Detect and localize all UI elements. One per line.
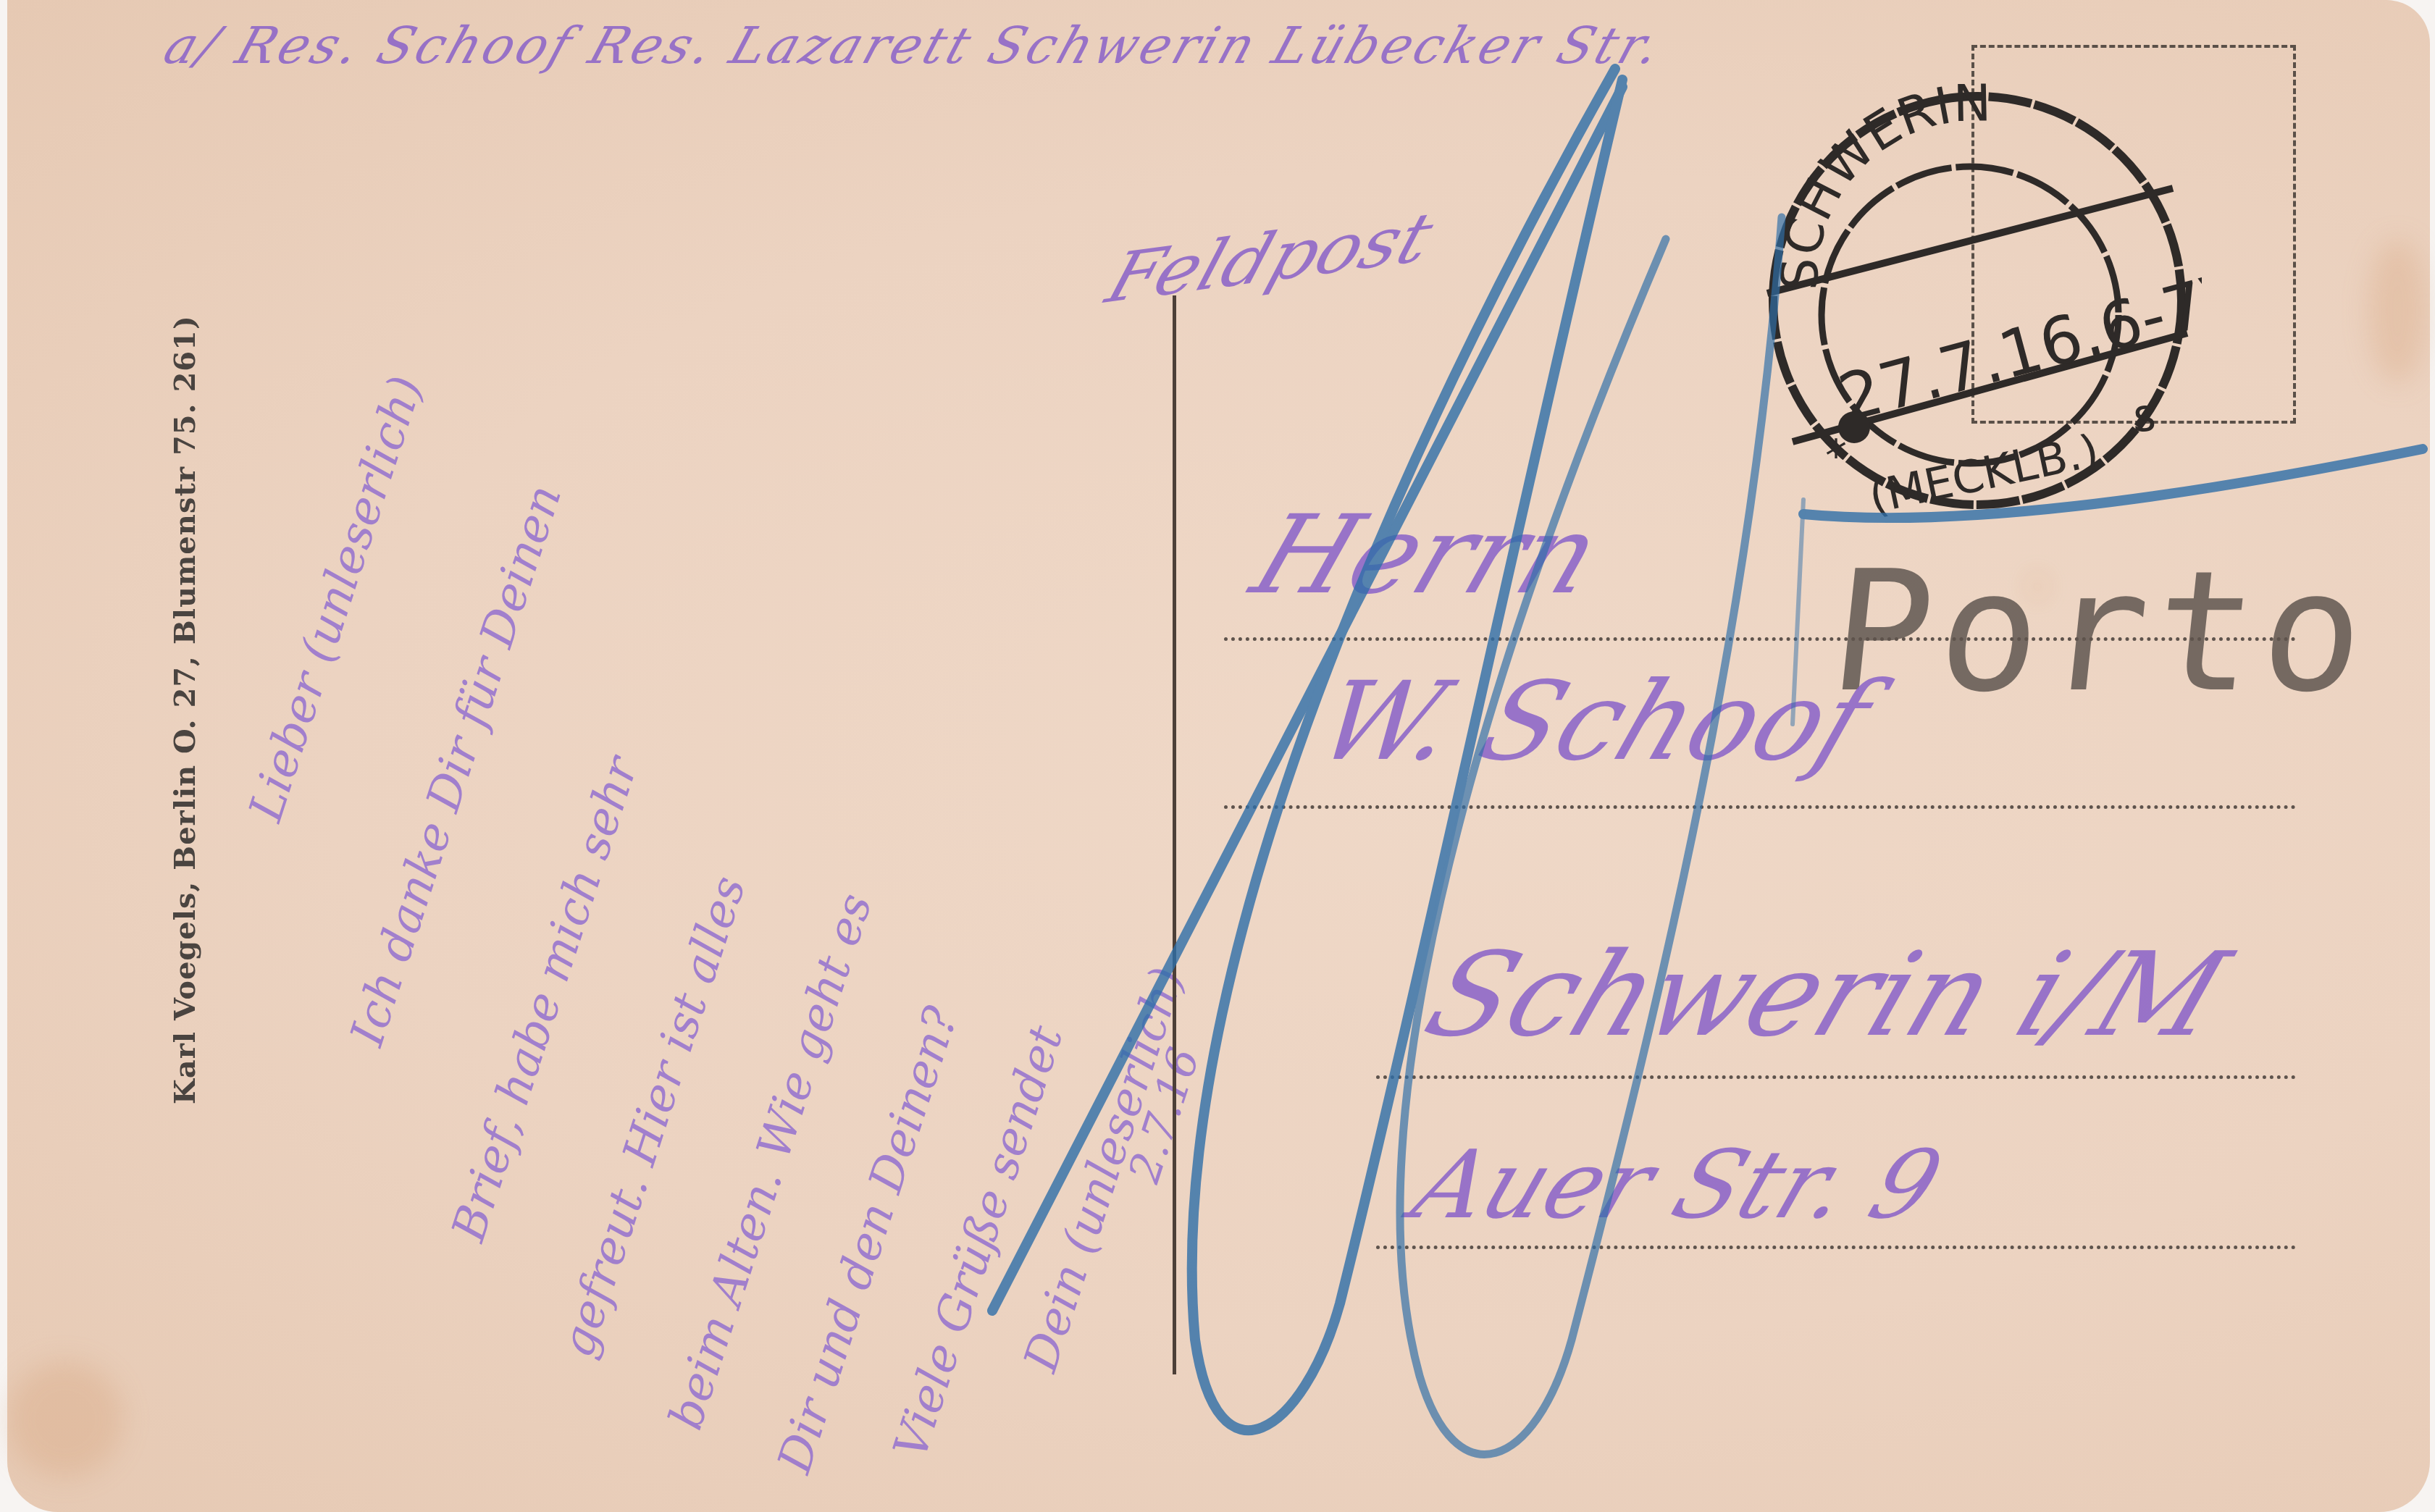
address-line-1 — [1224, 637, 2296, 641]
postmark-suffix: s — [2133, 389, 2156, 442]
center-divider — [1173, 295, 1176, 1374]
porto-stamp: Porto — [1822, 536, 2380, 729]
postmark-icon: SCHWERIN 27.7.16.6-7V. s (MECKLB.) * — [1753, 76, 2202, 525]
postmark-city: SCHWERIN — [1770, 76, 1992, 291]
printer-imprint: Karl Voegels, Berlin O. 27, Blumenstr 75… — [168, 315, 202, 1104]
address-line-2 — [1224, 805, 2296, 809]
address-name: W. Schoof — [1302, 659, 1886, 785]
sender-line: a/ Res. Schoof Res. Lazarett Schwerin Lü… — [157, 16, 1671, 75]
address-salutation: Herrn — [1237, 492, 1616, 618]
address-street: Auer Str. 9 — [1399, 1130, 1956, 1240]
address-city: Schwerin i/M — [1409, 927, 2244, 1062]
address-line-3 — [1376, 1075, 2296, 1079]
svg-text:SCHWERIN: SCHWERIN — [1770, 76, 1992, 291]
age-stain — [2368, 239, 2426, 384]
address-line-4 — [1376, 1246, 2296, 1249]
age-stain — [7, 1361, 123, 1477]
